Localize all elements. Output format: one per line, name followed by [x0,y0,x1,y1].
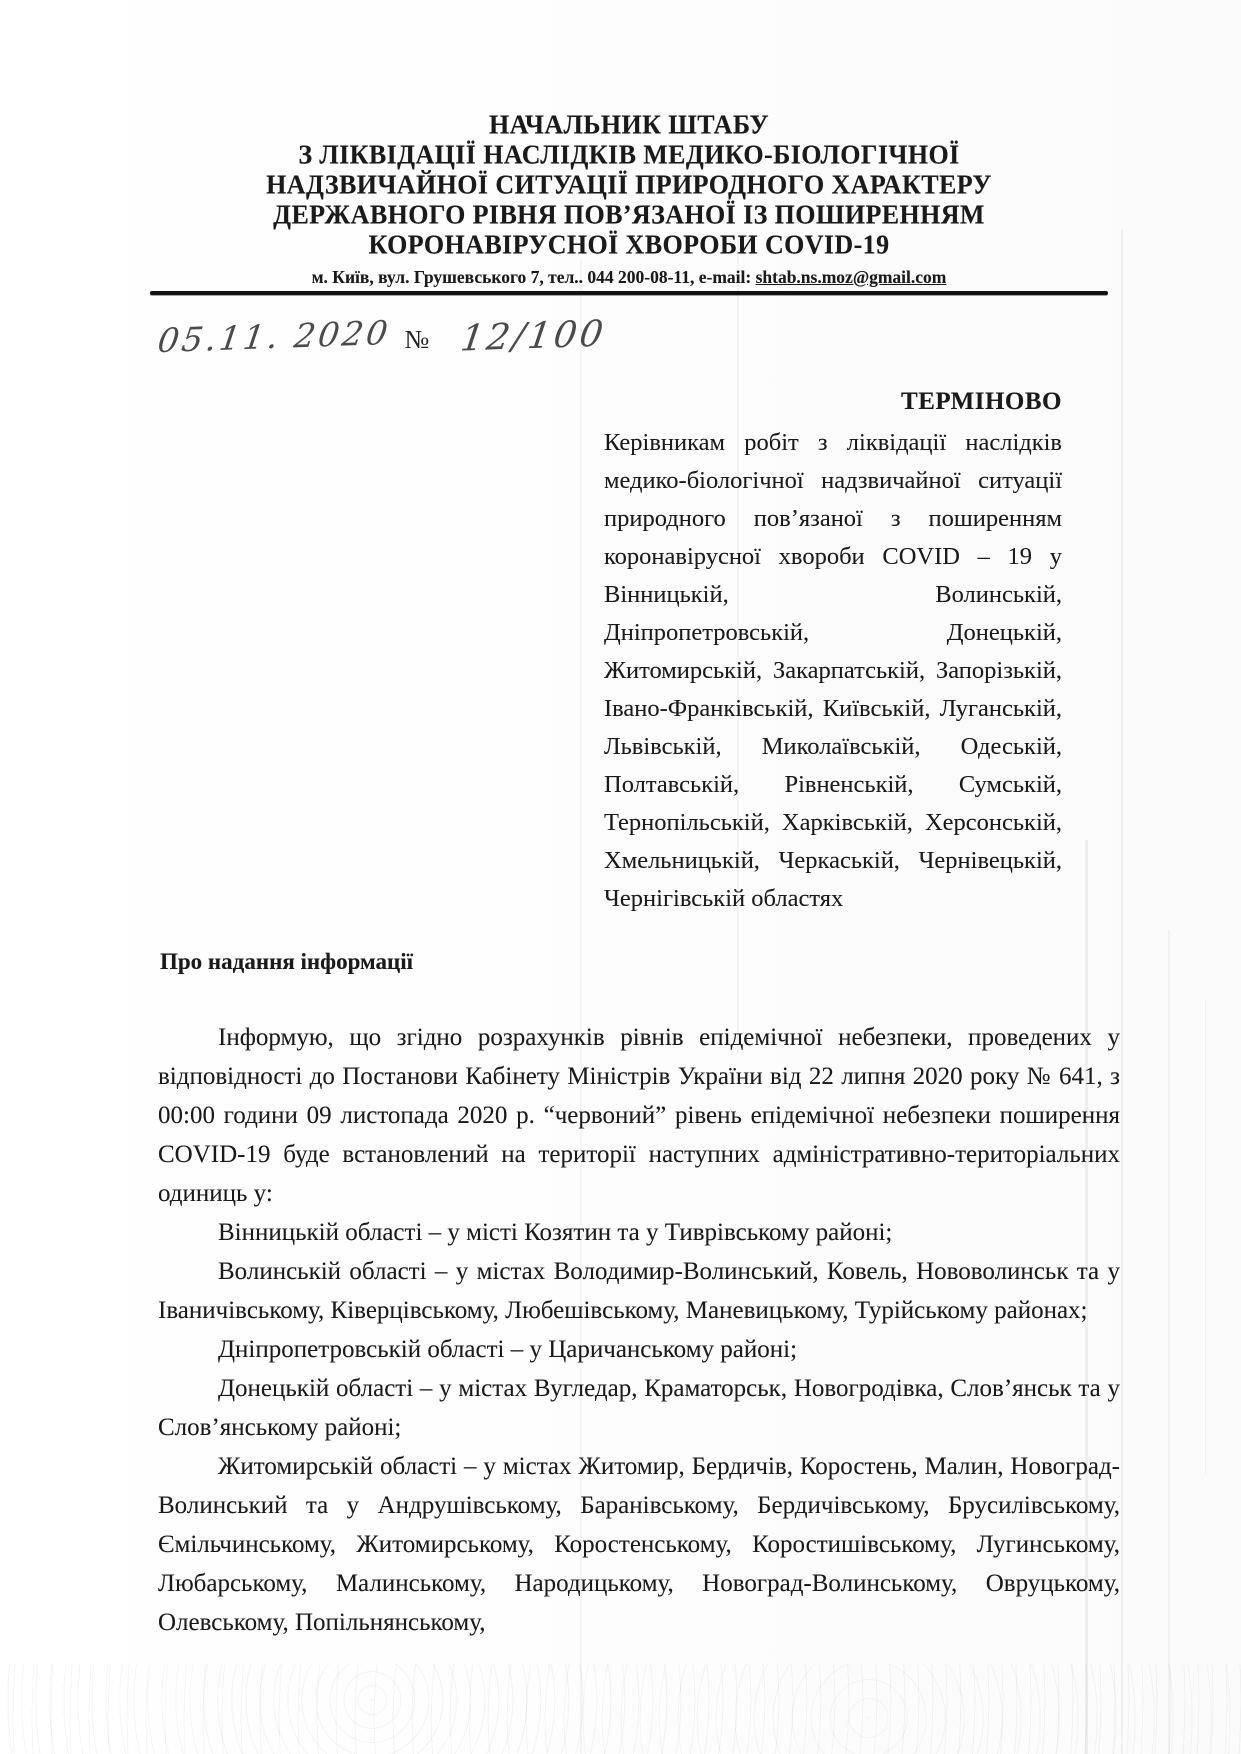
scan-streak [1205,1000,1206,1474]
reference-line: 05.11. 2020 № 12/100 [158,316,606,357]
letterhead-title-line: З ЛІКВІДАЦІЇ НАСЛІДКІВ МЕДИКО-БІОЛОГІЧНО… [150,139,1108,170]
body-list-item: Вінницькій області – у місті Козятин та … [158,1213,1120,1252]
body-list-item: Дніпропетровській області – у Царичанськ… [158,1330,1120,1369]
subject-line: Про надання інформації [160,949,413,975]
letterhead-rule [150,291,1108,295]
letter-body: Інформую, що згідно розрахунків рівнів е… [158,1018,1120,1642]
body-list-item: Житомирській області – у містах Житомир,… [158,1447,1120,1642]
contact-address-text: м. Київ, вул. Грушевського 7, тел.. 044 … [312,267,756,287]
letterhead: НАЧАЛЬНИК ШТАБУ З ЛІКВІДАЦІЇ НАСЛІДКІВ М… [150,110,1108,295]
addressee-text: Керівникам робіт з ліквідації наслідків … [604,424,1062,918]
body-intro-paragraph: Інформую, що згідно розрахунків рівнів е… [158,1018,1120,1213]
letterhead-title-line: НАДЗВИЧАЙНОЇ СИТУАЦІЇ ПРИРОДНОГО ХАРАКТЕ… [150,169,1108,200]
scan-streak [1168,930,1170,1754]
letterhead-title-line: КОРОНАВІРУСНОЇ ХВОРОБИ COVID-19 [150,229,1108,260]
body-list-item: Донецькій області – у містах Вугледар, К… [158,1369,1120,1447]
addressee-block: ТЕРМІНОВО Керівникам робіт з ліквідації … [604,388,1062,918]
scan-noise [0,1664,1241,1754]
scanned-letter-page: НАЧАЛЬНИК ШТАБУ З ЛІКВІДАЦІЇ НАСЛІДКІВ М… [0,0,1241,1754]
letterhead-title-line: ДЕРЖАВНОГО РІВНЯ ПОВ’ЯЗАНОЇ ІЗ ПОШИРЕННЯ… [150,199,1108,230]
body-list-item: Волинській області – у містах Володимир-… [158,1252,1120,1330]
number-sign: № [404,325,429,355]
contact-line: м. Київ, вул. Грушевського 7, тел.. 044 … [150,266,1108,288]
scan-streak [1121,230,1123,1754]
handwritten-number: 12/100 [458,313,608,359]
urgency-label: ТЕРМІНОВО [604,388,1062,416]
email-text: shtab.ns.moz@gmail.com [756,267,947,287]
letterhead-title-line: НАЧАЛЬНИК ШТАБУ [150,109,1108,140]
handwritten-date: 05.11. 2020 [155,313,393,360]
